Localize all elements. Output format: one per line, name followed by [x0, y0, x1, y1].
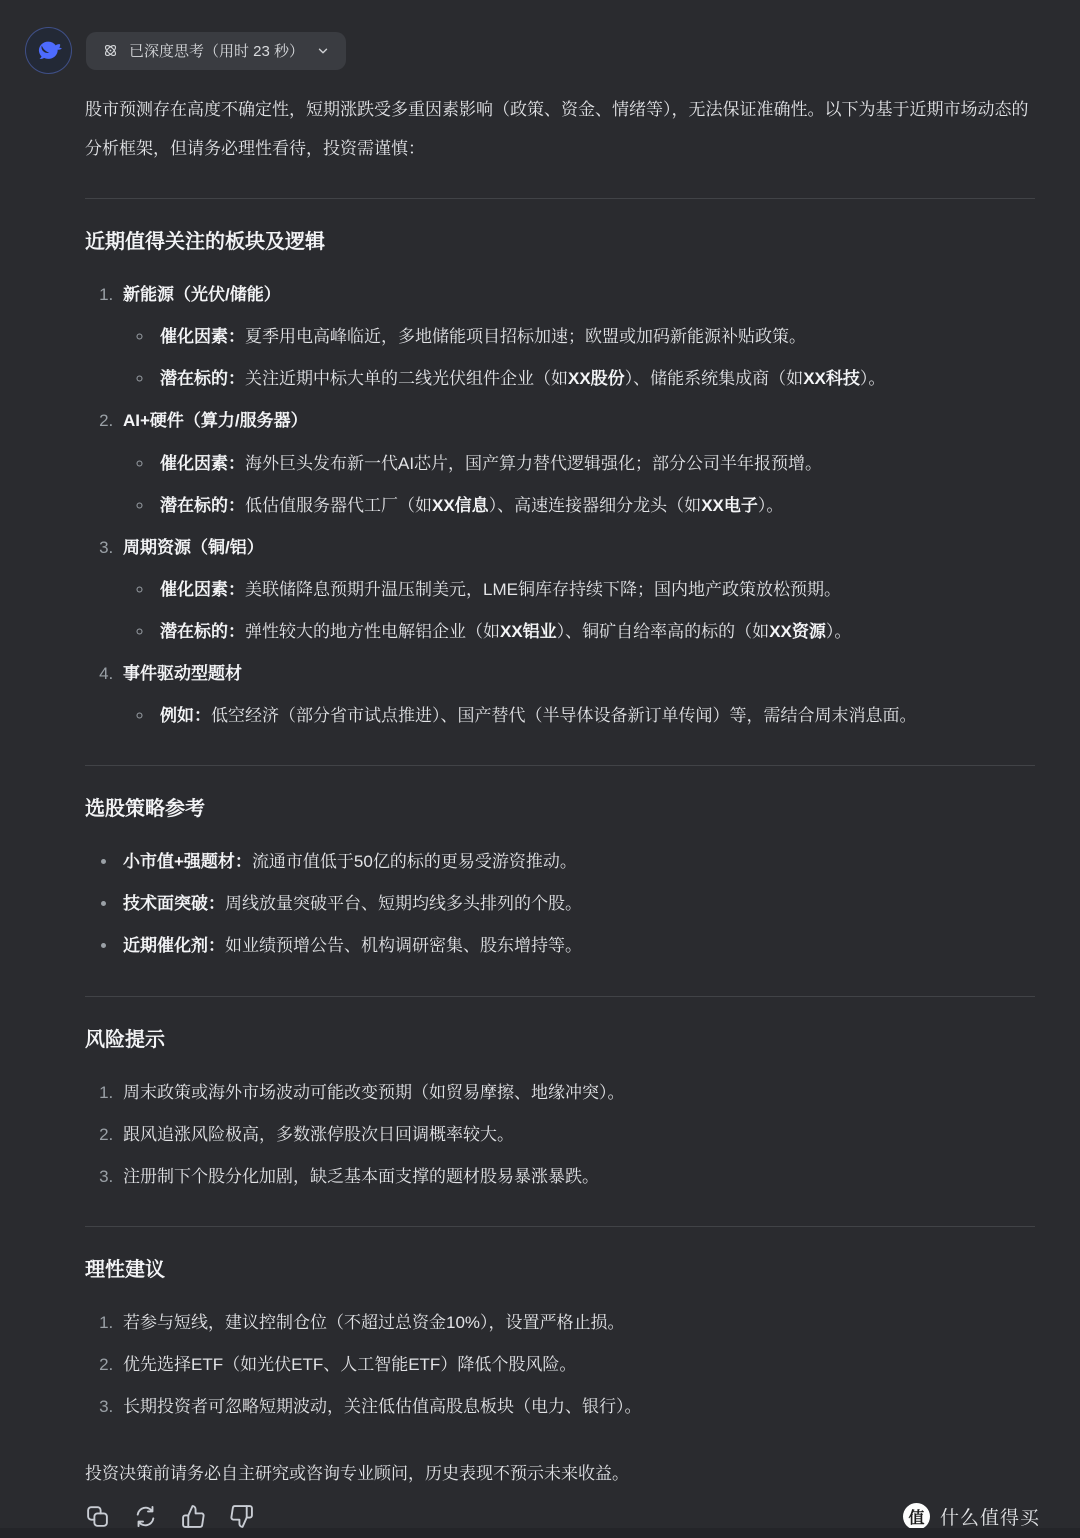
- paragraph: 投资决策前请务必自主研究或咨询专业顾问，历史表现不预示未来收益。: [85, 1454, 1035, 1493]
- sub-list-item: 催化因素：海外巨头发布新一代AI芯片，国产算力替代逻辑强化；部分公司半年报预增。: [154, 444, 1035, 483]
- thumbs-down-button[interactable]: [229, 1504, 254, 1529]
- section-divider: [85, 198, 1035, 199]
- action-bar: [85, 1504, 254, 1529]
- ordered-list: 周末政策或海外市场波动可能改变预期（如贸易摩擦、地缘冲突）。跟风追涨风险极高，多…: [85, 1073, 1035, 1196]
- section-heading: 近期值得关注的板块及逻辑: [85, 227, 1035, 257]
- text: ）。: [826, 622, 852, 641]
- bold-text: 催化因素：: [160, 454, 245, 473]
- bold-text: 周期资源（铜/铝）: [123, 538, 264, 557]
- bold-text: 催化因素：: [160, 327, 245, 346]
- thumbs-up-button[interactable]: [181, 1504, 206, 1529]
- sub-list: 催化因素：美联储降息预期升温压制美元，LME铜库存持续下降；国内地产政策放松预期…: [123, 570, 1035, 651]
- list-item: 注册制下个股分化加剧，缺乏基本面支撑的题材股易暴涨暴跌。: [118, 1157, 1035, 1196]
- text: ）。: [758, 496, 784, 515]
- text: 注册制下个股分化加剧，缺乏基本面支撑的题材股易暴涨暴跌。: [123, 1167, 599, 1186]
- deep-think-toggle[interactable]: 已深度思考（用时 23 秒）: [86, 32, 346, 70]
- sub-list: 例如：低空经济（部分省市试点推进）、国产替代（半导体设备新订单传闻）等，需结合周…: [123, 696, 1035, 735]
- text: 长期投资者可忽略短期波动，关注低估值高股息板块（电力、银行）。: [123, 1397, 642, 1416]
- text: 周末政策或海外市场波动可能改变预期（如贸易摩擦、地缘冲突）。: [123, 1083, 625, 1102]
- bullet-list: 小市值+强题材：流通市值低于50亿的标的更易受游资推动。技术面突破：周线放量突破…: [85, 842, 1035, 965]
- bold-text: XX资源: [769, 622, 826, 641]
- sub-list: 催化因素：夏季用电高峰临近，多地储能项目招标加速；欧盟或加码新能源补贴政策。潜在…: [123, 317, 1035, 398]
- bold-text: AI+硬件（算力/服务器）: [123, 411, 308, 430]
- bold-text: XX铝业: [500, 622, 557, 641]
- bold-text: XX信息: [432, 496, 489, 515]
- bold-text: XX股份: [568, 369, 625, 388]
- message-content: 股市预测存在高度不确定性，短期涨跌受多重因素影响（政策、资金、情绪等），无法保证…: [85, 90, 1035, 1493]
- regenerate-icon: [133, 1504, 158, 1529]
- list-item: 近期催化剂：如业绩预增公告、机构调研密集、股东增持等。: [118, 926, 1035, 965]
- assistant-avatar: [25, 27, 72, 74]
- list-item: 优先选择ETF（如光伏ETF、人工智能ETF）降低个股风险。: [118, 1345, 1035, 1384]
- thumbs-down-icon: [229, 1504, 254, 1529]
- bold-text: 例如：: [160, 706, 211, 725]
- list-item: 新能源（光伏/储能）催化因素：夏季用电高峰临近，多地储能项目招标加速；欧盟或加码…: [118, 275, 1035, 398]
- message-header: 已深度思考（用时 23 秒）: [0, 0, 1080, 74]
- deep-think-atom-icon: [102, 42, 119, 59]
- text: ）。: [860, 369, 886, 388]
- sub-list-item: 催化因素：夏季用电高峰临近，多地储能项目招标加速；欧盟或加码新能源补贴政策。: [154, 317, 1035, 356]
- sub-list-item: 催化因素：美联储降息预期升温压制美元，LME铜库存持续下降；国内地产政策放松预期…: [154, 570, 1035, 609]
- text: 夏季用电高峰临近，多地储能项目招标加速；欧盟或加码新能源补贴政策。: [245, 327, 806, 346]
- bold-text: 潜在标的：: [160, 622, 245, 641]
- ordered-list: 若参与短线，建议控制仓位（不超过总资金10%），设置严格止损。优先选择ETF（如…: [85, 1303, 1035, 1426]
- chevron-down-icon: [314, 44, 330, 58]
- text: 美联储降息预期升温压制美元，LME铜库存持续下降；国内地产政策放松预期。: [245, 580, 841, 599]
- page-bottom-edge: [0, 1528, 1080, 1538]
- section-divider: [85, 1226, 1035, 1227]
- bold-text: 技术面突破：: [123, 894, 225, 913]
- ordered-list: 新能源（光伏/储能）催化因素：夏季用电高峰临近，多地储能项目招标加速；欧盟或加码…: [85, 275, 1035, 735]
- bold-text: XX科技: [803, 369, 860, 388]
- section-divider: [85, 996, 1035, 997]
- sub-list-item: 潜在标的：弹性较大的地方性电解铝企业（如XX铝业）、铜矿自给率高的标的（如XX资…: [154, 612, 1035, 651]
- list-item: 小市值+强题材：流通市值低于50亿的标的更易受游资推动。: [118, 842, 1035, 881]
- text: 周线放量突破平台、短期均线多头排列的个股。: [225, 894, 582, 913]
- text: 海外巨头发布新一代AI芯片，国产算力替代逻辑强化；部分公司半年报预增。: [245, 454, 822, 473]
- text: 流通市值低于50亿的标的更易受游资推动。: [252, 852, 577, 871]
- text: 投资决策前请务必自主研究或咨询专业顾问，历史表现不预示未来收益。: [85, 1464, 629, 1483]
- deepseek-whale-icon: [34, 36, 64, 66]
- copy-icon: [85, 1504, 110, 1529]
- text: 关注近期中标大单的二线光伏组件企业（如: [245, 369, 568, 388]
- bold-text: 催化因素：: [160, 580, 245, 599]
- section-heading: 理性建议: [85, 1255, 1035, 1285]
- text: 弹性较大的地方性电解铝企业（如: [245, 622, 500, 641]
- list-item: 周末政策或海外市场波动可能改变预期（如贸易摩擦、地缘冲突）。: [118, 1073, 1035, 1112]
- sub-list-item: 例如：低空经济（部分省市试点推进）、国产替代（半导体设备新订单传闻）等，需结合周…: [154, 696, 1035, 735]
- sub-list-item: 潜在标的：关注近期中标大单的二线光伏组件企业（如XX股份）、储能系统集成商（如X…: [154, 359, 1035, 398]
- list-item: 周期资源（铜/铝）催化因素：美联储降息预期升温压制美元，LME铜库存持续下降；国…: [118, 528, 1035, 651]
- sub-list: 催化因素：海外巨头发布新一代AI芯片，国产算力替代逻辑强化；部分公司半年报预增。…: [123, 444, 1035, 525]
- text: 跟风追涨风险极高，多数涨停股次日回调概率较大。: [123, 1125, 514, 1144]
- text: 低空经济（部分省市试点推进）、国产替代（半导体设备新订单传闻）等，需结合周末消息…: [211, 706, 917, 725]
- thumbs-up-icon: [181, 1504, 206, 1529]
- list-item: 技术面突破：周线放量突破平台、短期均线多头排列的个股。: [118, 884, 1035, 923]
- list-item: 跟风追涨风险极高，多数涨停股次日回调概率较大。: [118, 1115, 1035, 1154]
- text: 股市预测存在高度不确定性，短期涨跌受多重因素影响（政策、资金、情绪等），无法保证…: [85, 100, 1029, 158]
- sub-list-item: 潜在标的：低估值服务器代工厂（如XX信息）、高速连接器细分龙头（如XX电子）。: [154, 486, 1035, 525]
- paragraph: 股市预测存在高度不确定性，短期涨跌受多重因素影响（政策、资金、情绪等），无法保证…: [85, 90, 1035, 168]
- list-item: 事件驱动型题材例如：低空经济（部分省市试点推进）、国产替代（半导体设备新订单传闻…: [118, 654, 1035, 735]
- list-item: 长期投资者可忽略短期波动，关注低估值高股息板块（电力、银行）。: [118, 1387, 1035, 1426]
- deep-think-label: 已深度思考（用时 23 秒）: [129, 40, 304, 61]
- bold-text: 新能源（光伏/储能）: [123, 285, 281, 304]
- text: 低估值服务器代工厂（如: [245, 496, 432, 515]
- bold-text: 潜在标的：: [160, 369, 245, 388]
- text: 如业绩预增公告、机构调研密集、股东增持等。: [225, 936, 582, 955]
- text: ）、高速连接器细分龙头（如: [489, 496, 702, 515]
- section-heading: 选股策略参考: [85, 794, 1035, 824]
- section-divider: [85, 765, 1035, 766]
- smzdm-badge-icon: 值: [903, 1503, 930, 1530]
- message-footer: 值 什么值得买: [85, 1503, 1040, 1530]
- copy-button[interactable]: [85, 1504, 110, 1529]
- list-item: 若参与短线，建议控制仓位（不超过总资金10%），设置严格止损。: [118, 1303, 1035, 1342]
- bold-text: 近期催化剂：: [123, 936, 225, 955]
- list-item: AI+硬件（算力/服务器）催化因素：海外巨头发布新一代AI芯片，国产算力替代逻辑…: [118, 401, 1035, 524]
- watermark-text: 什么值得买: [940, 1503, 1040, 1530]
- watermark: 值 什么值得买: [903, 1503, 1040, 1530]
- bold-text: 潜在标的：: [160, 496, 245, 515]
- text: ）、储能系统集成商（如: [625, 369, 804, 388]
- section-heading: 风险提示: [85, 1025, 1035, 1055]
- bold-text: 事件驱动型题材: [123, 664, 242, 683]
- text: ）、铜矿自给率高的标的（如: [557, 622, 770, 641]
- text: 优先选择ETF（如光伏ETF、人工智能ETF）降低个股风险。: [123, 1355, 576, 1374]
- bold-text: XX电子: [701, 496, 758, 515]
- bold-text: 小市值+强题材：: [123, 852, 252, 871]
- regenerate-button[interactable]: [133, 1504, 158, 1529]
- text: 若参与短线，建议控制仓位（不超过总资金10%），设置严格止损。: [123, 1313, 625, 1332]
